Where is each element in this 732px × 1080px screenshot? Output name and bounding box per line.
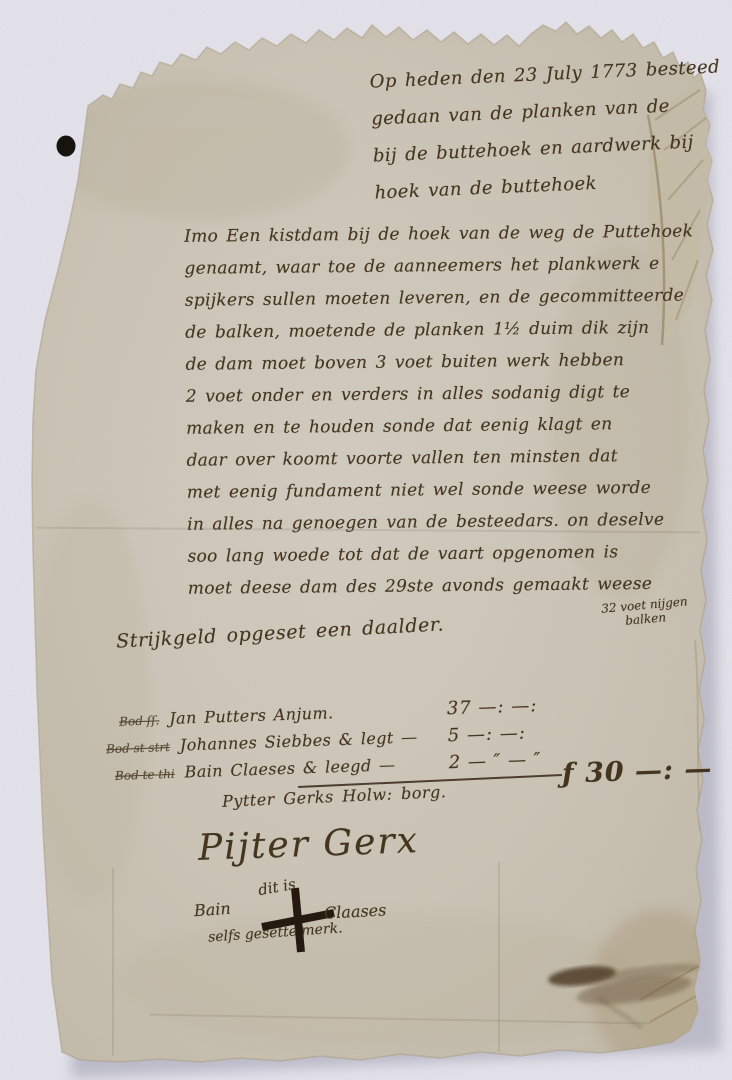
bid-struck-text: Bod st strt bbox=[106, 740, 170, 756]
header-block: Op heden den 23 July 1773 besteed gedaan… bbox=[369, 48, 725, 211]
paper-crease bbox=[112, 868, 114, 1056]
bid-amount: 5 —: —: bbox=[447, 721, 576, 746]
total-amount: ƒ 30 —: — bbox=[562, 753, 713, 789]
body-line: in alles na genoegen van de besteedars. … bbox=[187, 503, 715, 541]
bid-struck-text: Bod te thi bbox=[115, 767, 175, 783]
signature: Pijter Gerx bbox=[197, 820, 419, 869]
bid-amount: 37 —: —: bbox=[447, 694, 576, 719]
mark-name-right: Claases bbox=[324, 900, 387, 922]
bid-struck-text: Bod ſſ. bbox=[119, 713, 160, 728]
body-line: de balken, moetende de planken 1½ duim d… bbox=[185, 311, 713, 349]
photo-background: Op heden den 23 July 1773 besteed gedaan… bbox=[0, 0, 732, 1080]
body-text-block: Imo Een kistdam bij de hoek van de weg d… bbox=[184, 215, 716, 605]
paper-crease bbox=[498, 862, 500, 1052]
mark-name-left: Bain bbox=[193, 899, 231, 921]
ink-dot bbox=[57, 136, 76, 157]
bidder-name: Jan Putters Anjum. bbox=[169, 703, 334, 728]
bid-amount: 2 — ″ — ″ bbox=[448, 748, 577, 773]
